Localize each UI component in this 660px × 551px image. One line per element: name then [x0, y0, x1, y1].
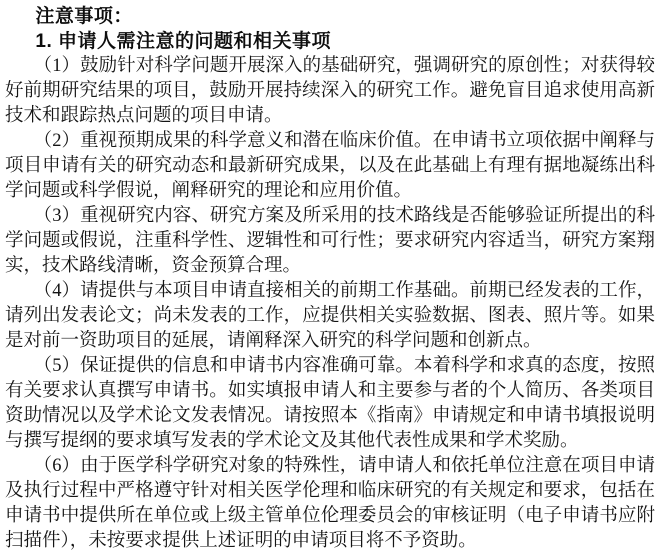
- document-subheading: 1. 申请人需注意的问题和相关事项: [5, 29, 655, 54]
- paragraph-5: （5）保证提供的信息和申请书内容准确可靠。本着科学和求真的态度，按照有关要求认真…: [5, 354, 655, 454]
- paragraph-3: （3）重视研究内容、研究方案及所采用的技术路线是否能够验证所提出的科学问题或假说…: [5, 204, 655, 279]
- document-page: 注意事项： 1. 申请人需注意的问题和相关事项 （1）鼓励针对科学问题开展深入的…: [0, 0, 660, 551]
- paragraph-4: （4）请提供与本项目申请直接相关的前期工作基础。前期已经发表的工作，请列出发表论…: [5, 279, 655, 354]
- paragraph-6: （6）由于医学科学研究对象的特殊性，请申请人和依托单位注意在项目申请及执行过程中…: [5, 454, 655, 551]
- paragraph-1: （1）鼓励针对科学问题开展深入的基础研究，强调研究的原创性；对获得较好前期研究结…: [5, 54, 655, 129]
- document-heading: 注意事项：: [5, 4, 655, 29]
- paragraph-2: （2）重视预期成果的科学意义和潜在临床价值。在申请书立项依据中阐释与项目申请有关…: [5, 129, 655, 204]
